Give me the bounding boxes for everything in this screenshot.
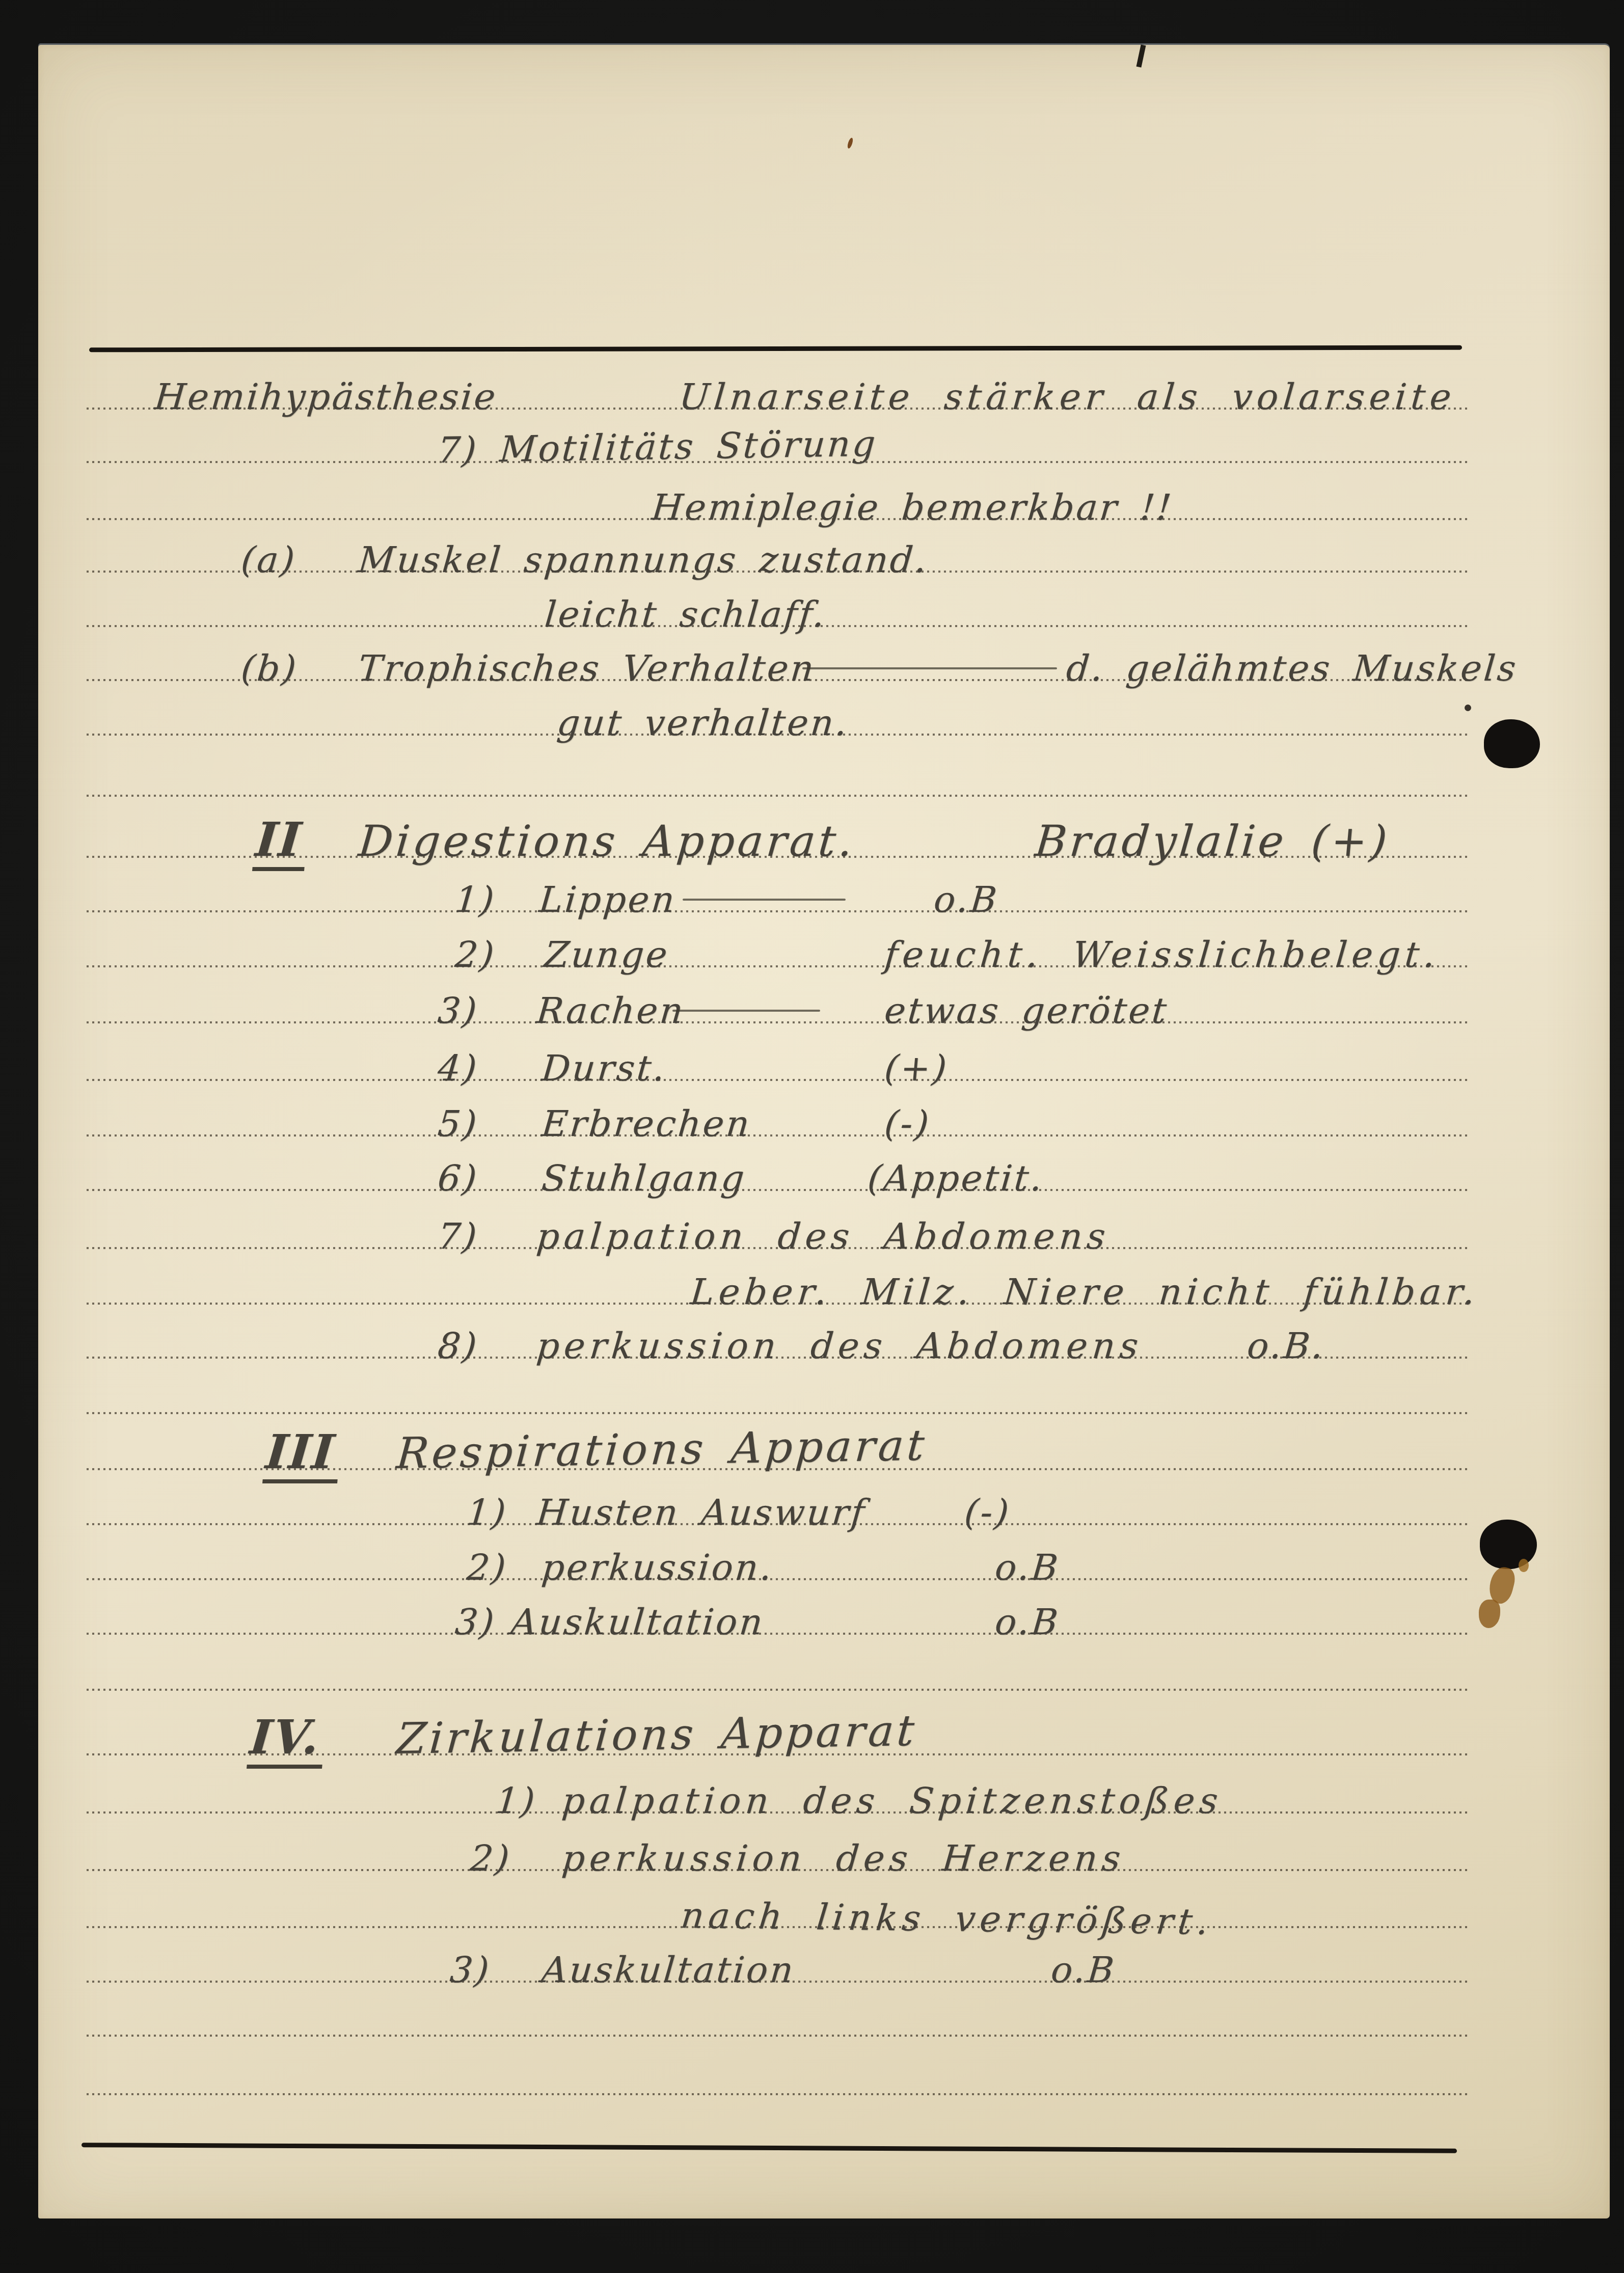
section-title: Zirkulations Apparat (395, 1706, 919, 1764)
percussion-note: nach links vergrößert. (679, 1895, 1215, 1943)
item-number: 1) (494, 1780, 538, 1822)
section-numeral: IV. (247, 1710, 328, 1769)
item-label: palpation des Spitzenstoßes (560, 1780, 1224, 1822)
section-circulation: IV. Zirkulations Apparat 1) palpation de… (38, 45, 1610, 2218)
item-label: perkussion des Herzens (560, 1837, 1127, 1879)
item-number: 2) (469, 1837, 513, 1879)
item-value: o.B (1049, 1949, 1118, 1991)
item-number: 3) (448, 1949, 493, 1991)
scan-backdrop: Hemihypästhesie Ulnarseite stärker als v… (0, 0, 1624, 2273)
scanned-page: Hemihypästhesie Ulnarseite stärker als v… (38, 45, 1610, 2218)
item-label: Auskultation (540, 1949, 797, 1991)
